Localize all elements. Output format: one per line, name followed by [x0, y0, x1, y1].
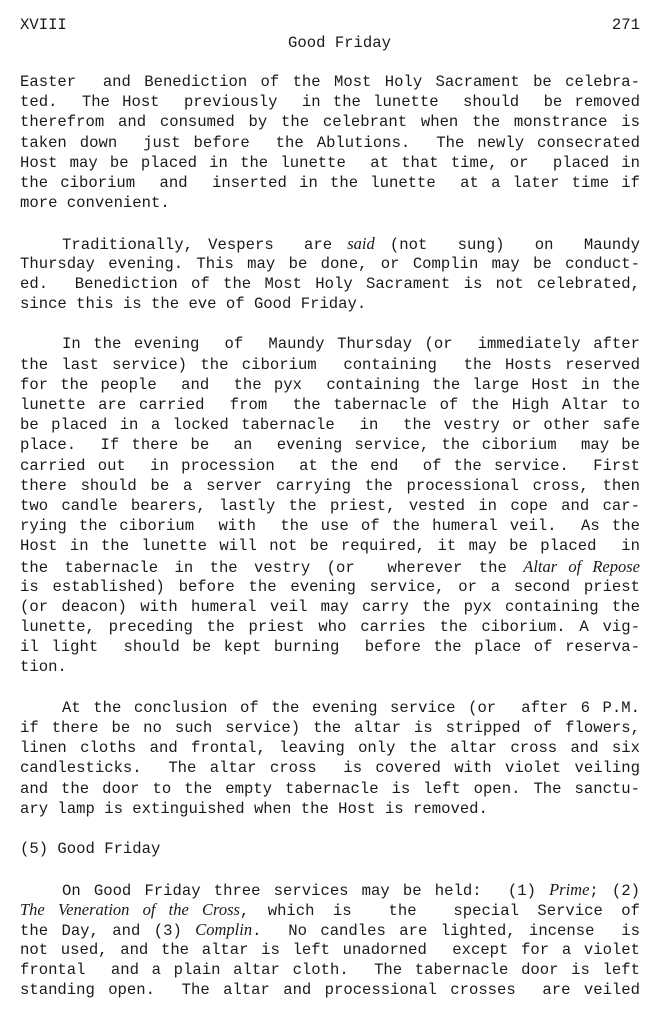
text-run: taken down just before the Ablutions. Th… [20, 134, 640, 152]
text-line: two candle bearers, lastly the priest, v… [20, 496, 640, 516]
text-run: ; (2) [589, 882, 640, 900]
text-run: is established) before the evening servi… [20, 578, 640, 596]
text-line: the last service) the ciborium containin… [20, 355, 640, 375]
text-line: il light should be kept burning before t… [20, 637, 640, 657]
text-line: the tabernacle in the vestry (or whereve… [20, 557, 640, 577]
text-run: Traditionally, Vespers are [62, 236, 347, 254]
paragraph: In the evening of Maundy Thursday (or im… [20, 334, 640, 677]
text-run: the ciborium and inserted in the lunette… [20, 174, 640, 192]
book-page: XVIII 271 Good Friday Easter and Benedic… [0, 0, 657, 1017]
text-line: place. If there be an evening service, t… [20, 435, 640, 455]
text-line: lunette are carried from the tabernacle … [20, 395, 640, 415]
text-line: (or deacon) with humeral veil may carry … [20, 597, 640, 617]
text-run: candlesticks. The altar cross is covered… [20, 759, 640, 777]
text-line: standing open. The altar and processiona… [20, 980, 640, 1000]
text-run: carried out in procession at the end of … [20, 457, 640, 475]
text-line: rying the ciborium with the use of the h… [20, 516, 640, 536]
text-line: At the conclusion of the evening service… [20, 698, 640, 718]
text-line: ted. The Host previously in the lunette … [20, 92, 640, 112]
text-run: the last service) the ciborium containin… [20, 356, 640, 374]
text-line: candlesticks. The altar cross is covered… [20, 758, 640, 778]
text-line: Easter and Benediction of the Most Holy … [20, 72, 640, 92]
text-run: Easter and Benediction of the Most Holy … [20, 73, 640, 91]
paragraph: Traditionally, Vespers are said (not sun… [20, 234, 640, 315]
text-run: ed. Benediction of the Most Holy Sacrame… [20, 275, 640, 293]
italic-text: Complin [195, 920, 252, 939]
text-line: since this is the eve of Good Friday. [20, 294, 640, 314]
paragraph: At the conclusion of the evening service… [20, 698, 640, 819]
text-run: In the evening of Maundy Thursday (or im… [62, 335, 640, 353]
text-line: more convenient. [20, 193, 640, 213]
text-run: linen cloths and frontal, leaving only t… [20, 739, 640, 757]
text-line: there should be a server carrying the pr… [20, 476, 640, 496]
text-line: not used, and the altar is left unadorne… [20, 940, 640, 960]
text-line: Host in the lunette will not be required… [20, 536, 640, 556]
italic-text: said [347, 234, 375, 253]
text-run: not used, and the altar is left unadorne… [20, 941, 640, 959]
text-line: taken down just before the Ablutions. Th… [20, 133, 640, 153]
text-line: On Good Friday three services may be hel… [20, 880, 640, 900]
text-run: lunette are carried from the tabernacle … [20, 396, 640, 414]
text-run: Thursday evening. This may be done, or C… [20, 255, 640, 273]
text-line: for the people and the pyx containing th… [20, 375, 640, 395]
section-heading: (5) Good Friday [20, 839, 640, 859]
text-run: Host in the lunette will not be required… [20, 537, 640, 555]
text-line: and the door to the empty tabernacle is … [20, 779, 640, 799]
text-line: the Day, and (3) Complin. No candles are… [20, 920, 640, 940]
text-run: ted. The Host previously in the lunette … [20, 93, 640, 111]
text-run: Host may be placed in the lunette at tha… [20, 154, 640, 172]
text-run: , which is the special Service of [240, 902, 640, 920]
text-line: be placed in a locked tabernacle in the … [20, 415, 640, 435]
text-run: lunette, preceding the priest who carrie… [20, 618, 640, 636]
text-run: standing open. The altar and processiona… [20, 981, 640, 999]
text-run: if there be no such service) the altar i… [20, 719, 640, 737]
text-run: tion. [20, 658, 67, 676]
text-line: tion. [20, 657, 640, 677]
italic-text: Prime [549, 880, 589, 899]
text-run: be placed in a locked tabernacle in the … [20, 416, 640, 434]
text-run: since this is the eve of Good Friday. [20, 295, 366, 313]
text-line: carried out in procession at the end of … [20, 456, 640, 476]
text-line: the ciborium and inserted in the lunette… [20, 173, 640, 193]
paragraph: Easter and Benediction of the Most Holy … [20, 72, 640, 213]
text-line: The Veneration of the Cross, which is th… [20, 900, 640, 920]
text-run: . No candles are lighted, incense is [252, 922, 640, 940]
running-title: Good Friday [0, 33, 657, 53]
text-line: Traditionally, Vespers are said (not sun… [20, 234, 640, 254]
text-run: On Good Friday three services may be hel… [62, 882, 549, 900]
text-run: (or deacon) with humeral veil may carry … [20, 598, 640, 616]
text-line: therefrom and consumed by the celebrant … [20, 112, 640, 132]
text-run: place. If there be an evening service, t… [20, 436, 640, 454]
text-run: therefrom and consumed by the celebrant … [20, 113, 640, 131]
text-run: frontal and a plain altar cloth. The tab… [20, 961, 640, 979]
italic-text: Altar of Repose [523, 557, 640, 576]
text-run: for the people and the pyx containing th… [20, 376, 640, 394]
text-run: and the door to the empty tabernacle is … [20, 780, 640, 798]
italic-text: The Veneration of the Cross [20, 900, 240, 919]
text-run: ary lamp is extinguished when the Host i… [20, 800, 488, 818]
text-line: if there be no such service) the altar i… [20, 718, 640, 738]
text-run: At the conclusion of the evening service… [62, 699, 640, 717]
text-run: the tabernacle in the vestry (or whereve… [20, 559, 523, 577]
text-run: il light should be kept burning before t… [20, 638, 640, 656]
text-run: more convenient. [20, 194, 170, 212]
text-run: two candle bearers, lastly the priest, v… [20, 497, 640, 515]
text-run: the Day, and (3) [20, 922, 195, 940]
text-line: frontal and a plain altar cloth. The tab… [20, 960, 640, 980]
paragraph: On Good Friday three services may be hel… [20, 880, 640, 1001]
text-line: Host may be placed in the lunette at tha… [20, 153, 640, 173]
text-run: (not sung) on Maundy [375, 236, 640, 254]
text-line: ed. Benediction of the Most Holy Sacrame… [20, 274, 640, 294]
text-line: lunette, preceding the priest who carrie… [20, 617, 640, 637]
text-line: linen cloths and frontal, leaving only t… [20, 738, 640, 758]
text-line: ary lamp is extinguished when the Host i… [20, 799, 640, 819]
text-line: Thursday evening. This may be done, or C… [20, 254, 640, 274]
body-text: Easter and Benediction of the Most Holy … [20, 72, 640, 1017]
text-line: is established) before the evening servi… [20, 577, 640, 597]
text-line: In the evening of Maundy Thursday (or im… [20, 334, 640, 354]
text-run: there should be a server carrying the pr… [20, 477, 640, 495]
text-run: rying the ciborium with the use of the h… [20, 517, 640, 535]
